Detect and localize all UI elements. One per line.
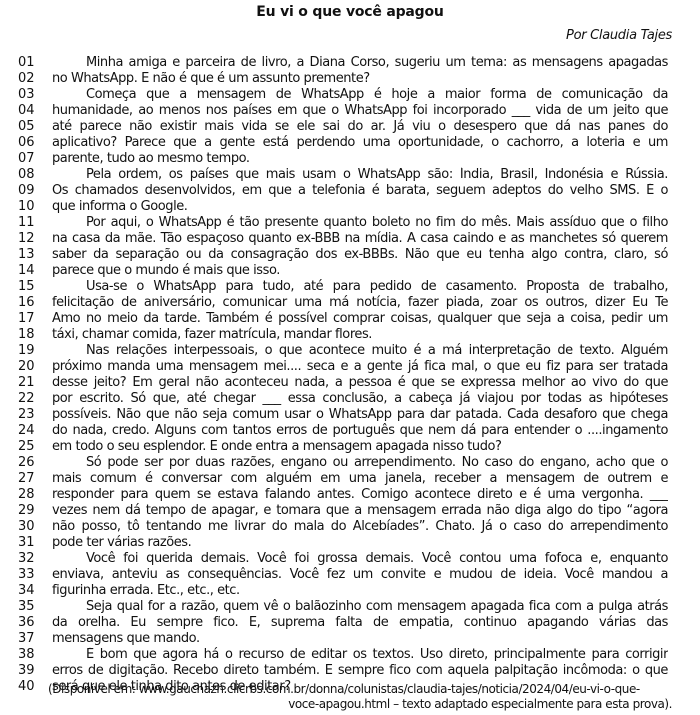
line-number: 23 bbox=[18, 407, 42, 423]
line-number: 12 bbox=[18, 231, 42, 247]
line-number: 11 bbox=[18, 215, 42, 231]
text-line: 06aplicativo? Parece que a gente está pe… bbox=[0, 135, 700, 151]
line-number: 25 bbox=[18, 439, 42, 455]
article-body: 01Minha amiga e parceira de livro, a Dia… bbox=[0, 55, 700, 695]
line-number: 16 bbox=[18, 295, 42, 311]
line-number: 39 bbox=[18, 663, 42, 679]
line-text: Você foi querida demais. Você foi grossa… bbox=[86, 551, 668, 567]
text-line: 30não posso, tô tentando me livrar do ma… bbox=[0, 519, 700, 535]
text-line: 19Nas relações interpessoais, o que acon… bbox=[0, 343, 700, 359]
line-text: figurinha errada. Etc., etc., etc. bbox=[52, 583, 668, 599]
text-line: 29vezes nem dá tempo de apagar, e tomara… bbox=[0, 503, 700, 519]
line-text: humanidade, ao menos nos países em que o… bbox=[52, 103, 668, 119]
line-text: em todo o seu esplendor. E onde entra a … bbox=[52, 439, 668, 455]
line-text: táxi, chamar comida, fazer matrícula, ma… bbox=[52, 327, 668, 343]
line-text: Nas relações interpessoais, o que aconte… bbox=[86, 343, 668, 359]
text-line: 13saber da separação ou da consagração d… bbox=[0, 247, 700, 263]
text-line: 35Seja qual for a razão, quem vê o balão… bbox=[0, 599, 700, 615]
line-number: 31 bbox=[18, 535, 42, 551]
line-number: 32 bbox=[18, 551, 42, 567]
text-line: 10que informa o Google. bbox=[0, 199, 700, 215]
line-number: 02 bbox=[18, 71, 42, 87]
line-number: 35 bbox=[18, 599, 42, 615]
text-line: 36da orelha. Eu sempre fico. E, suprema … bbox=[0, 615, 700, 631]
text-line: 32Você foi querida demais. Você foi gros… bbox=[0, 551, 700, 567]
line-text: Por aqui, o WhatsApp é tão presente quan… bbox=[86, 215, 668, 231]
line-text: Os chamados desenvolvidos, em que a tele… bbox=[52, 183, 668, 199]
line-text: parente, tudo ao mesmo tempo. bbox=[52, 151, 668, 167]
article-title: Eu vi o que você apagou bbox=[0, 4, 700, 20]
line-number: 22 bbox=[18, 391, 42, 407]
line-text: no WhatsApp. E não é que é um assunto pr… bbox=[52, 71, 668, 87]
line-number: 29 bbox=[18, 503, 42, 519]
line-number: 15 bbox=[18, 279, 42, 295]
line-number: 20 bbox=[18, 359, 42, 375]
text-line: 03Começa que a mensagem de WhatsApp é ho… bbox=[0, 87, 700, 103]
text-line: 12na casa da mãe. Tão espaçoso quanto ex… bbox=[0, 231, 700, 247]
line-number: 33 bbox=[18, 567, 42, 583]
line-number: 05 bbox=[18, 119, 42, 135]
text-line: 37mensagens que mando. bbox=[0, 631, 700, 647]
text-line: 15Usa-se o WhatsApp para tudo, até para … bbox=[0, 279, 700, 295]
line-text: Usa-se o WhatsApp para tudo, até para pe… bbox=[86, 279, 668, 295]
source-line-1: (Disponível em: www.gauchazh.clicrbs.com… bbox=[48, 682, 640, 697]
text-line: 31pode ter várias razões. bbox=[0, 535, 700, 551]
text-line: 26Só pode ser por duas razões, engano ou… bbox=[0, 455, 700, 471]
line-number: 36 bbox=[18, 615, 42, 631]
line-number: 26 bbox=[18, 455, 42, 471]
line-text: Minha amiga e parceira de livro, a Diana… bbox=[86, 55, 668, 71]
line-number: 06 bbox=[18, 135, 42, 151]
line-text: erros de digitação. Recebo direto também… bbox=[52, 663, 668, 679]
line-number: 37 bbox=[18, 631, 42, 647]
article-author: Por Claudia Tajes bbox=[566, 28, 672, 43]
line-text: da orelha. Eu sempre fico. E, suprema fa… bbox=[52, 615, 668, 631]
line-text: pode ter várias razões. bbox=[52, 535, 668, 551]
line-number: 34 bbox=[18, 583, 42, 599]
text-line: 21desse jeito? Em geral não aconteceu na… bbox=[0, 375, 700, 391]
line-text: É bom que agora há o recurso de editar o… bbox=[86, 647, 668, 663]
line-text: na casa da mãe. Tão espaçoso quanto ex-B… bbox=[52, 231, 668, 247]
line-number: 27 bbox=[18, 471, 42, 487]
line-text: parece que o mundo é mais que isso. bbox=[52, 263, 668, 279]
text-line: 16felicitação de aniversário, comunicar … bbox=[0, 295, 700, 311]
text-line: 39erros de digitação. Recebo direto tamb… bbox=[0, 663, 700, 679]
line-text: por escrito. Só que, até chegar ___ essa… bbox=[52, 391, 668, 407]
line-text: Começa que a mensagem de WhatsApp é hoje… bbox=[86, 87, 668, 103]
text-line: 11Por aqui, o WhatsApp é tão presente qu… bbox=[0, 215, 700, 231]
line-number: 21 bbox=[18, 375, 42, 391]
line-text: não posso, tô tentando me livrar do mala… bbox=[52, 519, 668, 535]
line-text: aplicativo? Parece que a gente está perd… bbox=[52, 135, 668, 151]
line-text: vezes nem dá tempo de apagar, e tomara q… bbox=[52, 503, 668, 519]
line-number: 03 bbox=[18, 87, 42, 103]
line-text: desse jeito? Em geral não aconteceu nada… bbox=[52, 375, 668, 391]
line-number: 10 bbox=[18, 199, 42, 215]
line-text: Pela ordem, os países que mais usam o Wh… bbox=[86, 167, 668, 183]
line-text: enviava, anteviu as consequências. Você … bbox=[52, 567, 668, 583]
line-number: 07 bbox=[18, 151, 42, 167]
line-number: 38 bbox=[18, 647, 42, 663]
line-number: 04 bbox=[18, 103, 42, 119]
line-text: felicitação de aniversário, comunicar um… bbox=[52, 295, 668, 311]
line-text: Amo no meio da tarde. Também é possível … bbox=[52, 311, 668, 327]
text-line: 17Amo no meio da tarde. Também é possíve… bbox=[0, 311, 700, 327]
line-number: 17 bbox=[18, 311, 42, 327]
line-text: saber da separação ou da consagração dos… bbox=[52, 247, 668, 263]
source-line-2: voce-apagou.html – texto adaptado especi… bbox=[288, 697, 672, 712]
text-line: 14parece que o mundo é mais que isso. bbox=[0, 263, 700, 279]
text-line: 27mais comum é conversar com alguém em u… bbox=[0, 471, 700, 487]
line-number: 14 bbox=[18, 263, 42, 279]
line-text: próximo manda uma mensagem mei.... seca … bbox=[52, 359, 668, 375]
text-line: 23possíveis. Não que não seja comum usar… bbox=[0, 407, 700, 423]
text-line: 18táxi, chamar comida, fazer matrícula, … bbox=[0, 327, 700, 343]
line-text: até parece não existir mais vida se ele … bbox=[52, 119, 668, 135]
line-number: 08 bbox=[18, 167, 42, 183]
line-number: 18 bbox=[18, 327, 42, 343]
line-text: que informa o Google. bbox=[52, 199, 668, 215]
text-line: 04humanidade, ao menos nos países em que… bbox=[0, 103, 700, 119]
line-number: 24 bbox=[18, 423, 42, 439]
text-line: 24do nada, credo. Alguns com tantos erro… bbox=[0, 423, 700, 439]
line-number: 09 bbox=[18, 183, 42, 199]
line-number: 30 bbox=[18, 519, 42, 535]
line-number: 40 bbox=[18, 679, 42, 695]
line-text: possíveis. Não que não seja comum usar o… bbox=[52, 407, 668, 423]
text-line: 02no WhatsApp. E não é que é um assunto … bbox=[0, 71, 700, 87]
line-text: do nada, credo. Alguns com tantos erros … bbox=[52, 423, 668, 439]
text-line: 38É bom que agora há o recurso de editar… bbox=[0, 647, 700, 663]
text-line: 25em todo o seu esplendor. E onde entra … bbox=[0, 439, 700, 455]
line-text: mensagens que mando. bbox=[52, 631, 668, 647]
line-text: Seja qual for a razão, quem vê o balãozi… bbox=[86, 599, 668, 615]
text-line: 34figurinha errada. Etc., etc., etc. bbox=[0, 583, 700, 599]
line-number: 13 bbox=[18, 247, 42, 263]
line-text: mais comum é conversar com alguém em uma… bbox=[52, 471, 668, 487]
line-text: Só pode ser por duas razões, engano ou a… bbox=[86, 455, 668, 471]
text-line: 20próximo manda uma mensagem mei.... sec… bbox=[0, 359, 700, 375]
text-line: 28responder para quem se estava falando … bbox=[0, 487, 700, 503]
text-line: 01Minha amiga e parceira de livro, a Dia… bbox=[0, 55, 700, 71]
text-line: 22por escrito. Só que, até chegar ___ es… bbox=[0, 391, 700, 407]
text-line: 08Pela ordem, os países que mais usam o … bbox=[0, 167, 700, 183]
line-number: 19 bbox=[18, 343, 42, 359]
text-line: 07parente, tudo ao mesmo tempo. bbox=[0, 151, 700, 167]
line-number: 28 bbox=[18, 487, 42, 503]
line-text: responder para quem se estava falando an… bbox=[52, 487, 668, 503]
text-line: 33enviava, anteviu as consequências. Voc… bbox=[0, 567, 700, 583]
line-number: 01 bbox=[18, 55, 42, 71]
text-line: 09Os chamados desenvolvidos, em que a te… bbox=[0, 183, 700, 199]
text-line: 05até parece não existir mais vida se el… bbox=[0, 119, 700, 135]
